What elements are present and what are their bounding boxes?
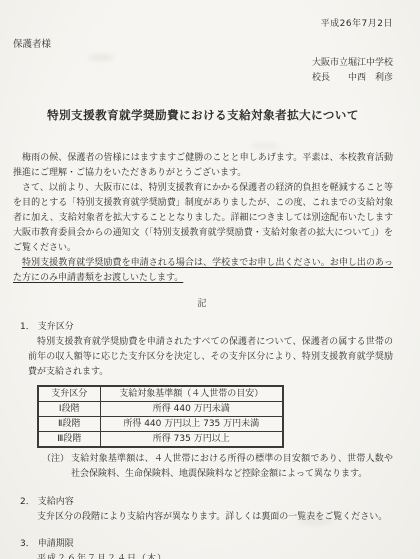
- section-payment-category: 1．支弁区分 特別支援教育就学奨励費を申請されたすべての保護者について、保護者の…: [13, 320, 393, 482]
- section-application-deadline: 3．申請期限 平成２６年７月２４日（木）: [13, 537, 393, 559]
- table-cell-income-2: 所得 440 万円以上 735 万円未満: [100, 417, 283, 432]
- table-cell-stage-1: Ⅰ段階: [38, 402, 100, 417]
- table-header-amount: 支給対象基準額（４人世帯の目安）: [100, 386, 283, 402]
- greeting-paragraph: 梅雨の候、保護者の皆様にはますますご健勝のことと申しあげます。平素は、本校教育活…: [13, 151, 393, 181]
- table-header-row: 支弁区分 支給対象基準額（４人世帯の目安）: [38, 386, 283, 402]
- deadline-date: 平成２６年７月２４日（木）: [37, 552, 393, 559]
- section-1-number: 1．: [20, 322, 35, 332]
- document-date: 平成26年7月2日: [13, 17, 393, 32]
- section-2-heading: 2．支給内容: [20, 495, 393, 510]
- section-3-heading: 3．申請期限: [20, 537, 393, 552]
- scan-artifact: [298, 517, 332, 526]
- section-payment-details: 2．支給内容 支弁区分の段階により支給内容が異なります。詳しくは裏面の一覧表をご…: [13, 495, 393, 525]
- school-name: 大阪市立堀江中学校: [13, 56, 393, 71]
- table-row: Ⅲ段階 所得 735 万円以上: [38, 432, 283, 448]
- sender-block: 大阪市立堀江中学校 校長 中西 利彦: [13, 56, 393, 86]
- ki-marker: 記: [13, 297, 393, 312]
- section-2-heading-text: 支給内容: [38, 497, 74, 507]
- section-1-body: 特別支援教育就学奨励費を申請されたすべての保護者について、保護者の属する世帯の前…: [28, 335, 393, 380]
- table-cell-stage-2: Ⅱ段階: [38, 417, 100, 432]
- deadline-date-text: 平成２６年７月２４日（木）: [37, 554, 181, 559]
- main-paragraph: さて、以前より、大阪市には、特別支援教育にかかる保護者の経済的負担を軽減すること…: [13, 181, 393, 256]
- table-cell-income-1: 所得 440 万円未満: [100, 402, 283, 417]
- table-header-category: 支弁区分: [38, 386, 100, 402]
- section-2-number: 2．: [20, 497, 35, 507]
- section-3-heading-text: 申請期限: [38, 539, 74, 549]
- scan-artifact: [250, 142, 280, 150]
- recipient-line: 保護者様: [13, 37, 393, 52]
- scanned-notice-document: 平成26年7月2日 保護者様 大阪市立堀江中学校 校長 中西 利彦 特別支援教育…: [0, 0, 420, 559]
- section-2-body: 支弁区分の段階により支給内容が異なります。詳しくは裏面の一覧表をご覧ください。: [28, 510, 393, 525]
- table-note: （注） 支給対象基準額は、４人世帯における所得の標準の目安額であり、世帯人数や社…: [42, 452, 393, 482]
- application-notice-paragraph: 特別支援教育就学奨励費を申請される場合は、学校までお申し出ください。お申し出のあ…: [13, 256, 393, 286]
- section-3-number: 3．: [20, 539, 35, 549]
- table-row: Ⅱ段階 所得 440 万円以上 735 万円未満: [38, 417, 283, 432]
- scan-artifact: [88, 54, 114, 61]
- section-1-heading: 1．支弁区分: [20, 320, 393, 335]
- payment-category-table: 支弁区分 支給対象基準額（４人世帯の目安） Ⅰ段階 所得 440 万円未満 Ⅱ段…: [37, 385, 284, 448]
- document-title: 特別支援教育就学奨励費における支給対象者拡大について: [13, 107, 393, 124]
- principal-name: 校長 中西 利彦: [13, 71, 393, 86]
- body-text: 梅雨の候、保護者の皆様にはますますご健勝のことと申しあげます。平素は、本校教育活…: [13, 151, 393, 286]
- table-row: Ⅰ段階 所得 440 万円未満: [38, 402, 283, 417]
- table-cell-stage-3: Ⅲ段階: [38, 432, 100, 448]
- section-1-heading-text: 支弁区分: [38, 322, 74, 332]
- table-cell-income-3: 所得 735 万円以上: [100, 432, 283, 448]
- note-label: （注）: [42, 452, 69, 482]
- note-text: 支給対象基準額は、４人世帯における所得の標準の目安額であり、世帯人数や社会保険料…: [71, 452, 393, 482]
